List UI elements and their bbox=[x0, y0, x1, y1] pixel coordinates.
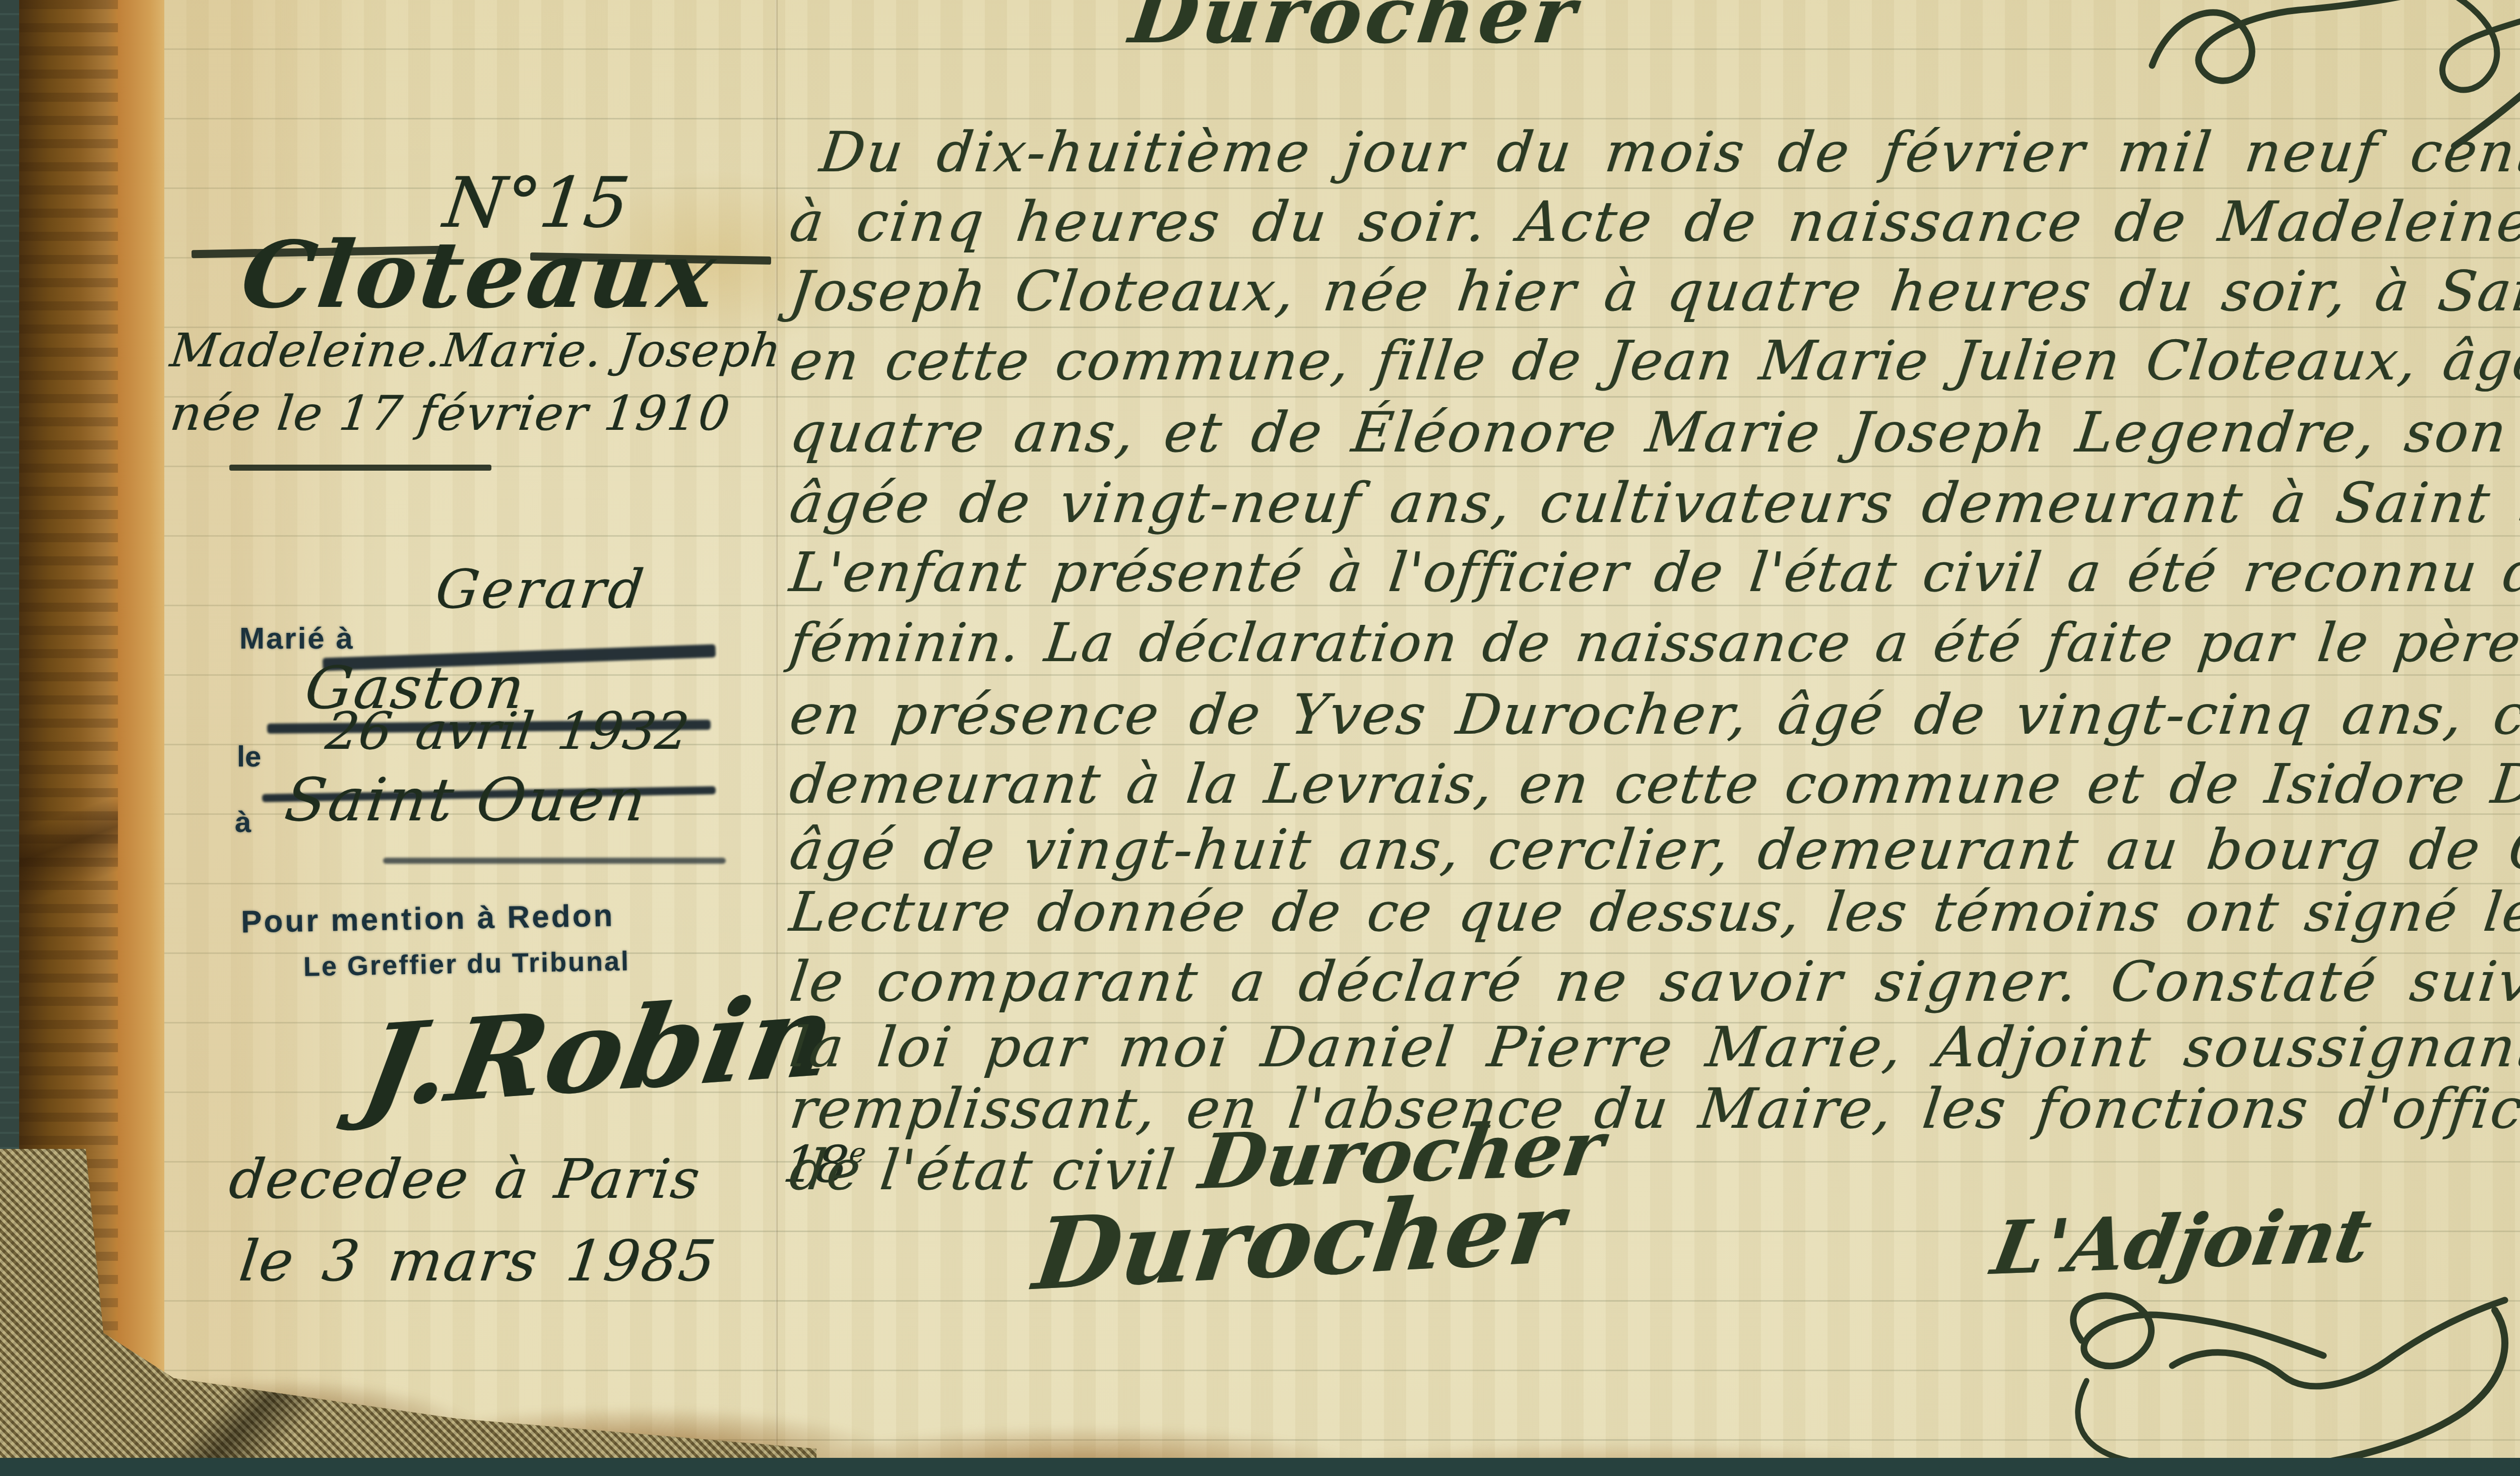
marriage-place: Saint Ouen bbox=[281, 765, 652, 835]
act-line: Du dix-huitième jour du mois de février … bbox=[816, 120, 2520, 184]
margin-crease-line bbox=[775, 0, 778, 1476]
act-line: le comparant a déclaré ne savoir signer.… bbox=[786, 949, 2520, 1014]
mention-stamp-line1: Pour mention à Redon bbox=[240, 898, 614, 940]
act-line: Joseph Cloteaux, née hier à quatre heure… bbox=[786, 259, 2520, 324]
marriage-date-label: le bbox=[237, 740, 261, 774]
mention-stamp-line2: Le Greffier du Tribunal bbox=[303, 945, 631, 982]
act-line: âgé de vingt-huit ans, cerclier, demeura… bbox=[786, 817, 2520, 882]
marriage-date: 26 avril 1932 bbox=[323, 701, 692, 761]
bottom-binding-strip bbox=[0, 1458, 2520, 1476]
marriage-stamp-label: Marié à bbox=[239, 621, 354, 656]
signature-adjoint-title: L'Adjoint bbox=[1986, 1192, 2377, 1292]
act-line: âgée de vingt-neuf ans, cultivateurs dem… bbox=[786, 471, 2520, 535]
heading-signature: Durocher bbox=[1125, 0, 1584, 61]
margin-given-names: Madeleine.Marie. Joseph bbox=[167, 324, 785, 377]
margin-rule bbox=[229, 465, 491, 471]
act-line: L'enfant présenté à l'officier de l'état… bbox=[786, 541, 2520, 604]
act-line: féminin. La déclaration de naissance a é… bbox=[786, 612, 2520, 674]
act-line: la loi par moi Daniel Pierre Marie, Adjo… bbox=[786, 1015, 2520, 1079]
death-mention-line2: le 3 mars 1985 bbox=[236, 1229, 720, 1294]
margin-surname: Cloteaux bbox=[236, 221, 724, 329]
act-line: à cinq heures du soir. Acte de naissance… bbox=[786, 189, 2520, 254]
death-mention-line1: decedee à Paris bbox=[226, 1148, 705, 1211]
stamp-underline bbox=[383, 858, 726, 864]
act-line: remplissant, en l'absence du Maire, les … bbox=[786, 1076, 2520, 1141]
act-line: demeurant à la Levrais, en cette commune… bbox=[786, 753, 2520, 816]
register-page-scan: N°15 Cloteaux Madeleine.Marie. Joseph né… bbox=[0, 0, 2520, 1476]
marriage-spouse-first: Gerard bbox=[432, 558, 650, 620]
act-line: en présence de Yves Durocher, âgé de vin… bbox=[786, 682, 2520, 747]
act-line: en cette commune, fille de Jean Marie Ju… bbox=[786, 330, 2520, 393]
margin-birth-line: née le 17 février 1910 bbox=[167, 386, 734, 441]
act-line: Lecture donnée de ce que dessus, les tém… bbox=[786, 881, 2520, 944]
marriage-place-label: à bbox=[235, 805, 251, 839]
act-line: quatre ans, et de Éléonore Marie Joseph … bbox=[786, 400, 2520, 465]
aged-page-edge bbox=[118, 0, 164, 1476]
